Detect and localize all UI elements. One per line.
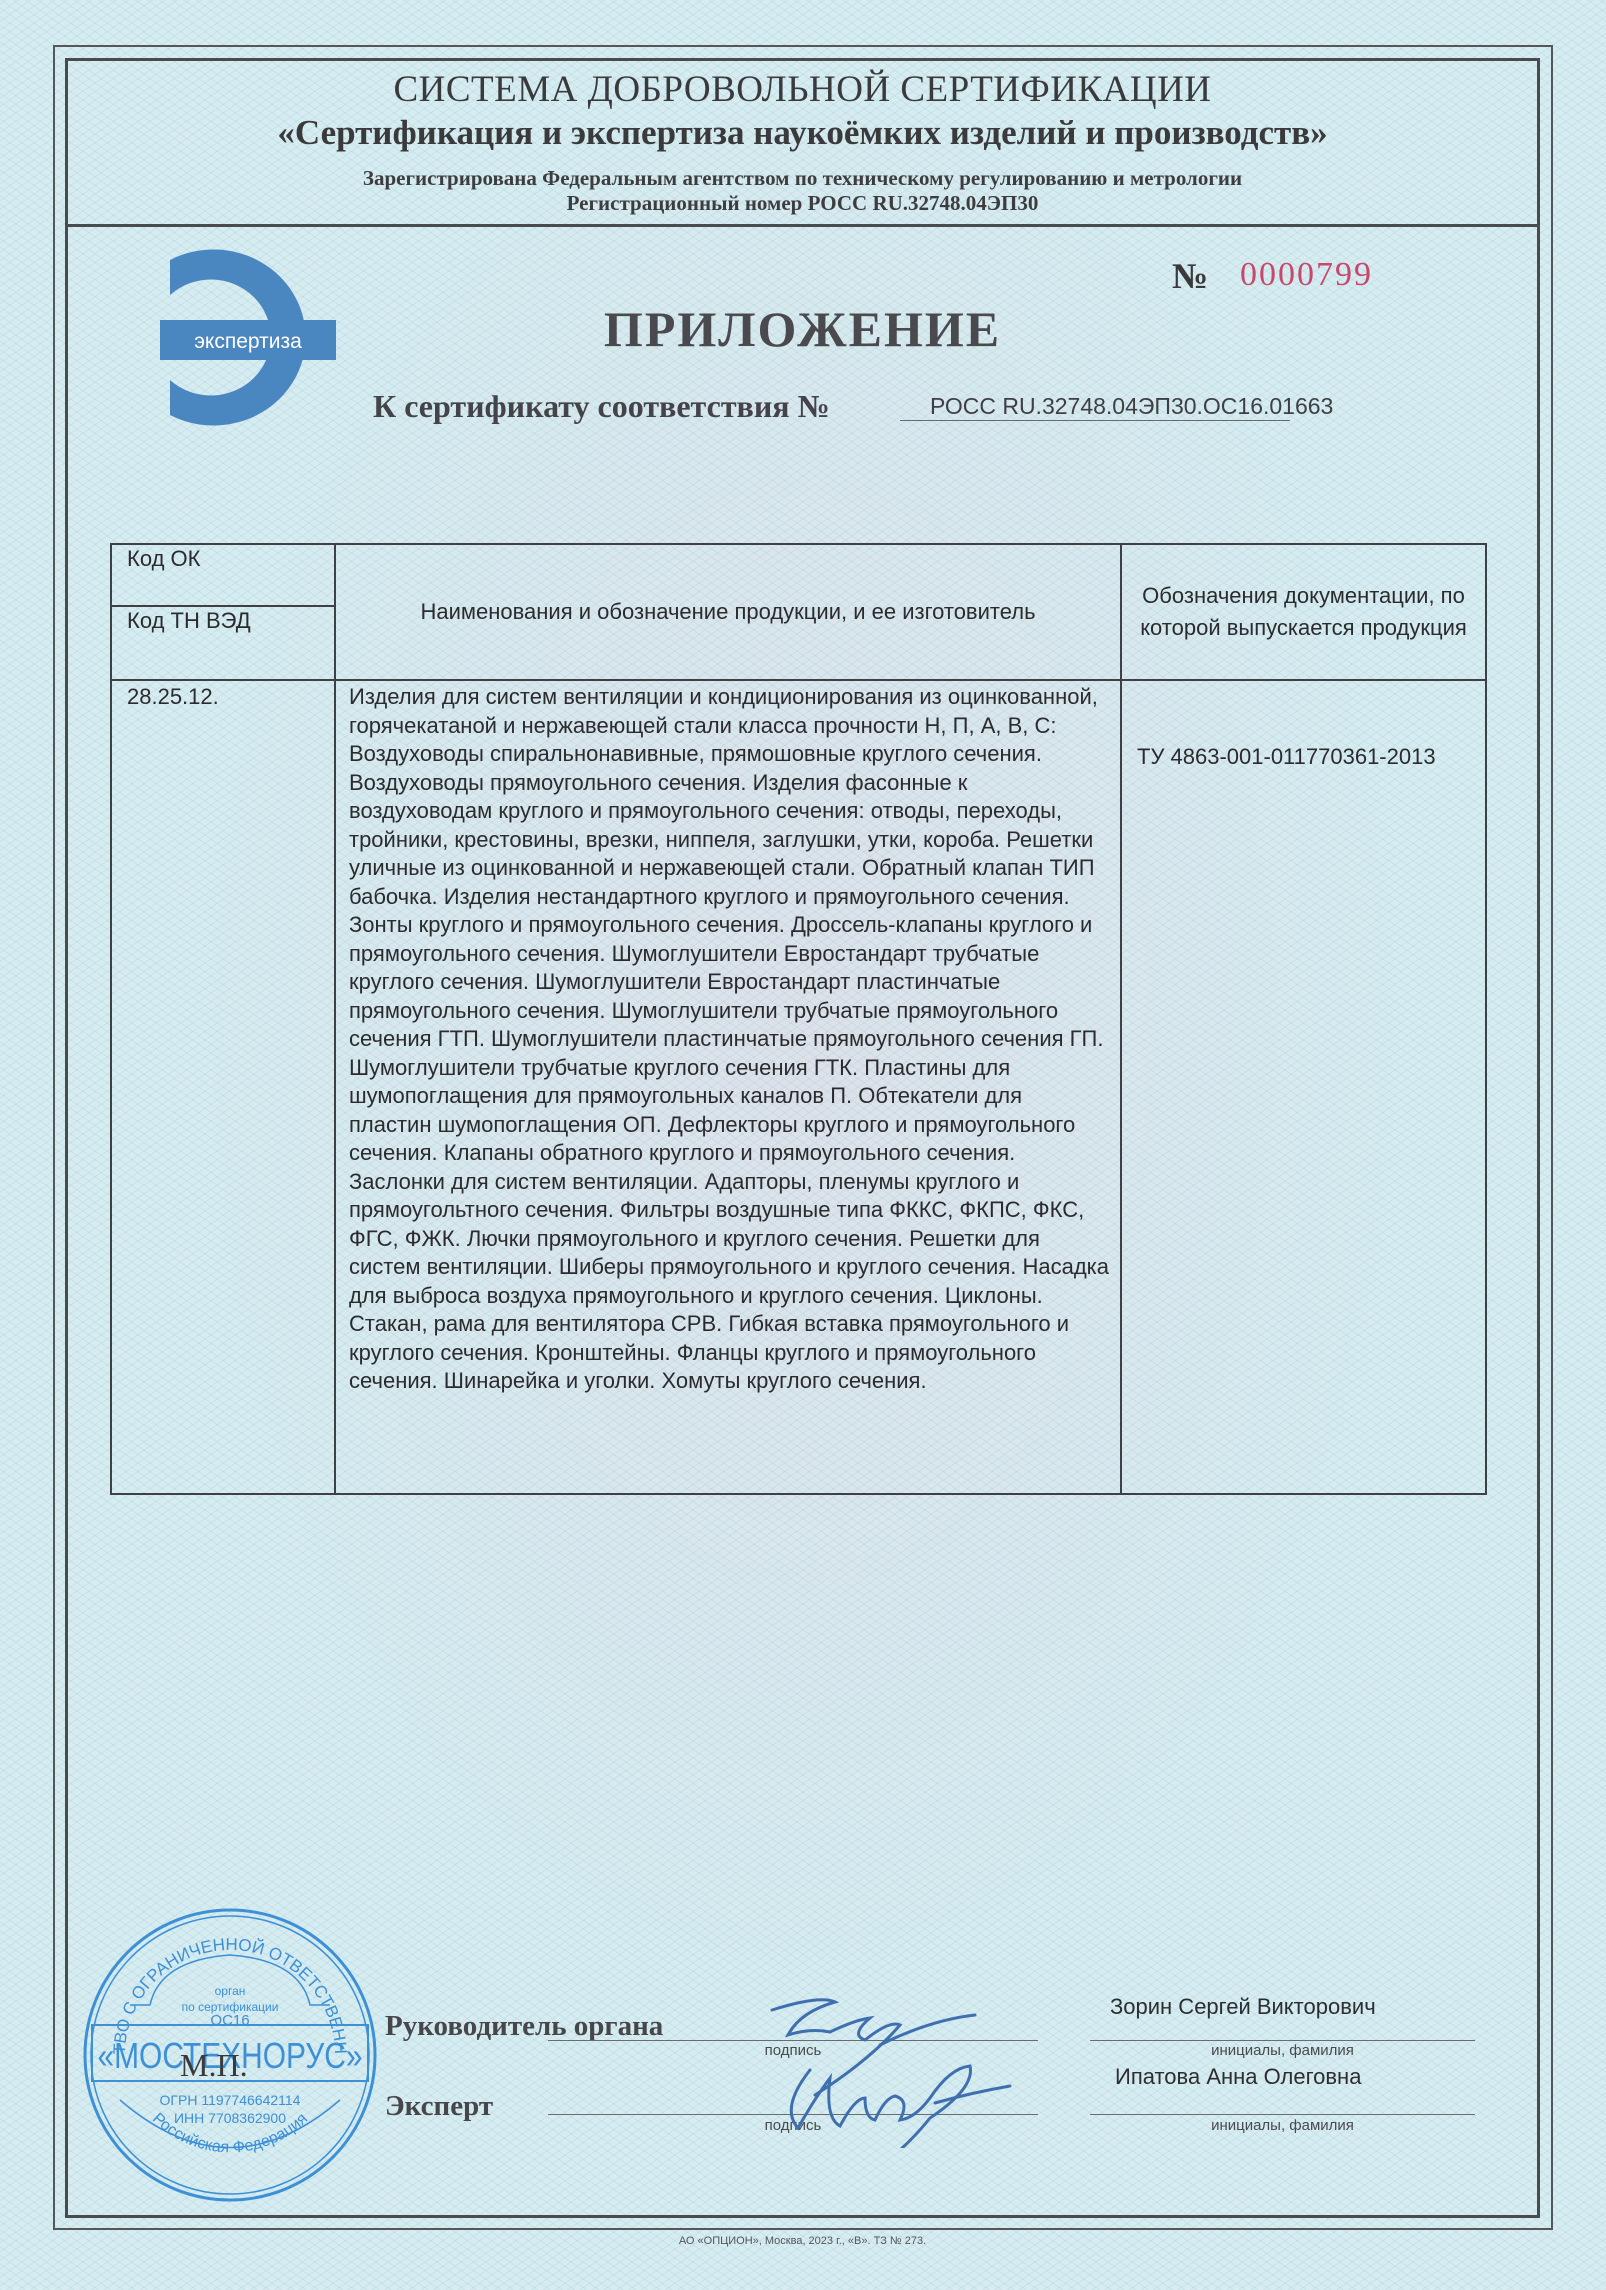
seal-place-label: М.П. [180, 2047, 248, 2084]
certificate-ref-label: К сертификату соответствия № [373, 388, 830, 425]
svg-text:ОБЩЕСТВО С ОГРАНИЧЕННОЙ ОТВЕТС: ОБЩЕСТВО С ОГРАНИЧЕННОЙ ОТВЕТСТВЕННОСТЬЮ [80, 1905, 350, 2055]
header-divider [68, 224, 1537, 227]
head-of-body-label: Руководитель органа [385, 2010, 663, 2043]
header-documentation: Обозначения документации, по которой вып… [1121, 544, 1486, 680]
row-code: 28.25.12. [111, 680, 335, 1494]
header-code-ok: Код ОК [111, 544, 335, 606]
system-title: СИСТЕМА ДОБРОВОЛЬНОЙ СЕРТИФИКАЦИИ [65, 68, 1540, 111]
row-description: Изделия для систем вентиляции и кондицио… [335, 680, 1121, 1494]
certificate-ref-underline [900, 420, 1290, 421]
head-name-caption: инициалы, фамилия [1090, 2042, 1475, 2059]
registration-number: Регистрационный номер РОСС RU.32748.04ЭП… [65, 191, 1540, 216]
document-title: ПРИЛОЖЕНИЕ [65, 300, 1540, 358]
registration-note: Зарегистрирована Федеральным агентством … [65, 166, 1540, 191]
svg-text:ИНН 7708362900: ИНН 7708362900 [174, 2110, 286, 2126]
certificate-ref-number: РОСС RU.32748.04ЭП30.ОС16.01663 [930, 393, 1333, 420]
expert-name-caption: инициалы, фамилия [1090, 2117, 1475, 2134]
svg-text:орган: орган [215, 1984, 246, 1998]
expert-label: Эксперт [385, 2090, 493, 2123]
expert-name: Ипатова Анна Олеговна [1115, 2064, 1361, 2090]
head-name: Зорин Сергей Викторович [1110, 1994, 1376, 2020]
document-number-label: № [1172, 255, 1208, 297]
svg-text:ОГРН 1197746642114: ОГРН 1197746642114 [160, 2092, 301, 2108]
table-header-row: Код ОК Наименования и обозначение продук… [111, 544, 1486, 606]
table-row: 28.25.12. Изделия для систем вентиляции … [111, 680, 1486, 1494]
header-product: Наименования и обозначение продукции, и … [335, 544, 1121, 680]
system-subtitle: «Сертификация и экспертиза наукоёмких из… [65, 113, 1540, 153]
row-documentation: ТУ 4863-001-011770361-2013 [1121, 680, 1486, 1494]
printer-imprint: АО «ОПЦИОН», Москва, 2023 г., «В». ТЗ № … [65, 2235, 1540, 2247]
header-code-tn-ved: Код ТН ВЭД [111, 606, 335, 680]
document-number: 0000799 [1240, 256, 1373, 294]
svg-text:ОС16: ОС16 [210, 2012, 249, 2029]
product-table: Код ОК Наименования и обозначение продук… [110, 543, 1487, 1495]
expert-name-line [1090, 2114, 1475, 2115]
expert-signature-icon [770, 2058, 1040, 2153]
head-name-line [1090, 2040, 1475, 2041]
